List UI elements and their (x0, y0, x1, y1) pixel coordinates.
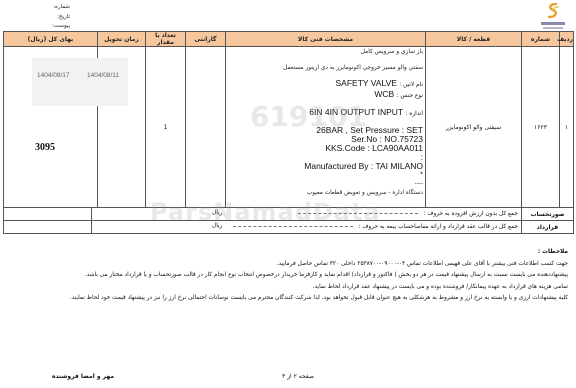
summary-desc: جمع کل بدون ارزش افزوده به حروف : (424, 211, 518, 217)
col-spec: مشخصات فنی کالا (226, 32, 426, 47)
spec-material-label: نوع جنس : (397, 93, 423, 99)
delivery-date-from: 1404/08/11 (87, 72, 119, 79)
table-header-row: ردیف شماره قطعه / کالا مشخصات فنی کالا گ… (4, 32, 574, 47)
logo-text (541, 22, 565, 25)
summary-label: قرارداد (522, 221, 574, 234)
summary-table: صورتحساب جمع کل بدون ارزش افزوده به حروف… (3, 207, 574, 234)
col-number: شماره (522, 32, 560, 47)
summary-desc: جمع کل در قالب عقد قرارداد و ارائه مفاصا… (359, 224, 518, 230)
summary-label: صورتحساب (522, 208, 574, 221)
col-total-price: بهای کل (ریال) (4, 32, 98, 47)
logo-subtext (543, 27, 563, 29)
spec-dashes: ---- (228, 180, 423, 189)
col-delivery: زمان تحویل (98, 32, 146, 47)
note-line: کلیه پیشنهادات ارزی و یا وابسته به نرخ ا… (8, 293, 568, 305)
row-warranty (186, 47, 226, 208)
spec-last-line: دستگاه اداره - سرویس و تعویض قطعات معیوب (228, 189, 423, 198)
spec-material-value: WCB (374, 89, 394, 99)
logo-mark-icon (546, 3, 560, 19)
notes-section: ملاحظات : جهت کسب اطلاعات فنی بیشتر با آ… (8, 247, 568, 305)
summary-amount-cell (4, 221, 92, 234)
row-spec: باز سازي و سرويس كامل سفتي والو مسير خرو… (226, 47, 426, 208)
document-meta: شماره: تاریخ: پیوست: (40, 3, 70, 32)
summary-row-contract: قرارداد جمع کل در قالب عقد قرارداد و ارا… (4, 221, 574, 234)
company-logo (538, 3, 568, 31)
row-item: سیفتی والو اکونومایزر (426, 47, 522, 208)
summary-amount-cell (4, 208, 92, 221)
col-item: قطعه / کالا (426, 32, 522, 47)
note-line: تمامی هزینه های قرارداد به عهده پیمانکار… (8, 282, 568, 294)
summary-row-invoice: صورتحساب جمع کل بدون ارزش افزوده به حروف… (4, 208, 574, 221)
spec-name-value: SAFETY VALVE (336, 78, 397, 88)
meta-number-label: شماره: (40, 3, 70, 13)
total-price-value: 3095 (35, 142, 55, 153)
page-number: صفحه ۲ از ۳ (282, 373, 314, 380)
col-quantity: تعداد یا مقدار (146, 32, 186, 47)
spec-manufacturer: Manufactured By : TAI MILANO (228, 162, 423, 171)
col-warranty: گارانتی (186, 32, 226, 47)
spec-line-1: باز سازي و سرويس كامل (228, 48, 423, 57)
spec-kks: KKS.Code : LCA90AA011 (228, 144, 423, 153)
delivery-dates-box (32, 58, 128, 106)
col-index: ردیف (560, 32, 574, 47)
currency-unit: ریال (212, 210, 222, 216)
note-line: پیشنهاددهنده می بایست نسبت به ارسال پیشن… (8, 270, 568, 282)
seller-signature-label: مهر و امضا فروشنده (52, 373, 114, 380)
spec-name-label: نام لاتین : (399, 82, 423, 88)
currency-unit: ریال (212, 223, 222, 229)
note-line: جهت کسب اطلاعات فنی بیشتر با آقای علی فه… (8, 259, 568, 271)
delivery-date-to: 1404/08/17 (37, 72, 70, 79)
meta-date-label: تاریخ: (40, 13, 70, 23)
row-number: ۱۶۲۳ (522, 47, 560, 208)
spec-dot: * (228, 171, 423, 180)
spec-size-value: 6IN 4IN OUTPUT INPUT (309, 107, 403, 117)
notes-title: ملاحظات : (8, 247, 568, 259)
row-quantity: 1 (146, 47, 186, 208)
amount-in-words-field[interactable] (233, 226, 353, 227)
amount-in-words-field[interactable] (298, 213, 418, 214)
row-index: ۱ (560, 47, 574, 208)
spec-line-2: سفتي والو مسير خروجي اكونومايزر به دي ار… (228, 64, 423, 73)
spec-size-label: اندازه : (405, 111, 423, 117)
